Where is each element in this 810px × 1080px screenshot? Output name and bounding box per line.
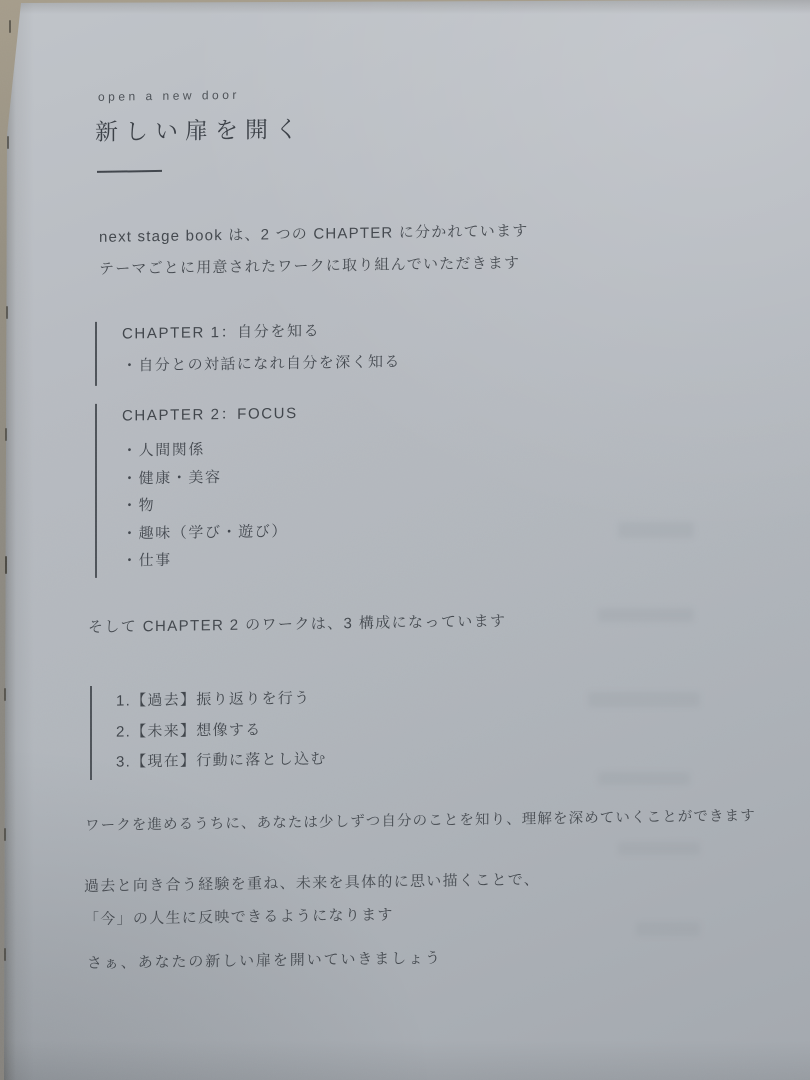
stitch-mark xyxy=(5,428,7,441)
chapter2-bullet: ・物 xyxy=(122,490,298,520)
step-item: 3.【現在】行動に落とし込む xyxy=(116,744,327,778)
structure-intro-text: そして CHAPTER 2 のワークは、3 構成になっています xyxy=(88,610,506,637)
closing-text: さぁ、あなたの新しい扉を開いていきましょう xyxy=(87,947,442,973)
eyebrow-text: open a new door xyxy=(98,88,240,104)
chapter1-heading: CHAPTER 1：自分を知る xyxy=(122,319,401,345)
book-page-photo: open a new door 新しい扉を開く next stage book … xyxy=(0,0,810,1080)
chapter1-bullet: ・自分との対話になれ自分を深く知る xyxy=(122,347,401,381)
benefit-paragraph: ワークを進めるうちに、あなたは少しずつ自分のことを知り、理解を深めていくことがで… xyxy=(85,804,756,835)
page-content: open a new door 新しい扉を開く next stage book … xyxy=(0,0,810,1080)
chapter2-bullet: ・仕事 xyxy=(122,545,298,575)
stitch-mark xyxy=(4,948,6,961)
chapter2-block: CHAPTER 2：FOCUS ・人間関係 ・健康・美容 ・物 ・趣味（学び・遊… xyxy=(95,401,298,578)
step-item: 2.【未来】想像する xyxy=(116,714,327,748)
stitch-mark xyxy=(9,20,11,33)
chapter2-bullet: ・人間関係 xyxy=(122,435,298,465)
stitch-mark xyxy=(4,688,6,701)
reflection-line-1: 過去と向き合う経験を重ね、未来を具体的に思い描くことで、 xyxy=(84,863,540,903)
chapter2-bullet: ・健康・美容 xyxy=(122,462,298,492)
intro-paragraph: next stage book は、2 つの CHAPTER に分かれています … xyxy=(99,215,528,285)
stitch-mark xyxy=(6,306,8,319)
paper-page: open a new door 新しい扉を開く next stage book … xyxy=(0,0,810,1080)
chapter2-bullet-list: ・人間関係 ・健康・美容 ・物 ・趣味（学び・遊び） ・仕事 xyxy=(122,435,298,575)
intro-line-2: テーマごとに用意されたワークに取り組んでいただきます xyxy=(99,247,528,285)
chapter1-block: CHAPTER 1：自分を知る ・自分との対話になれ自分を深く知る xyxy=(95,317,401,386)
step-item: 1.【過去】振り返りを行う xyxy=(116,683,327,717)
reflection-paragraph: 過去と向き合う経験を重ね、未来を具体的に思い描くことで、 「今」の人生に反映でき… xyxy=(84,863,540,936)
stitch-mark xyxy=(5,556,7,574)
title-underline-rule xyxy=(97,170,162,173)
stitch-mark xyxy=(4,828,6,841)
chapter2-bullet: ・趣味（学び・遊び） xyxy=(122,517,298,547)
page-title: 新しい扉を開く xyxy=(95,111,305,147)
reflection-line-2: 「今」の人生に反映できるようになります xyxy=(84,896,540,936)
steps-block: 1.【過去】振り返りを行う 2.【未来】想像する 3.【現在】行動に落とし込む xyxy=(90,682,327,779)
stitch-mark xyxy=(7,136,9,149)
chapter2-heading: CHAPTER 2：FOCUS xyxy=(122,403,298,428)
